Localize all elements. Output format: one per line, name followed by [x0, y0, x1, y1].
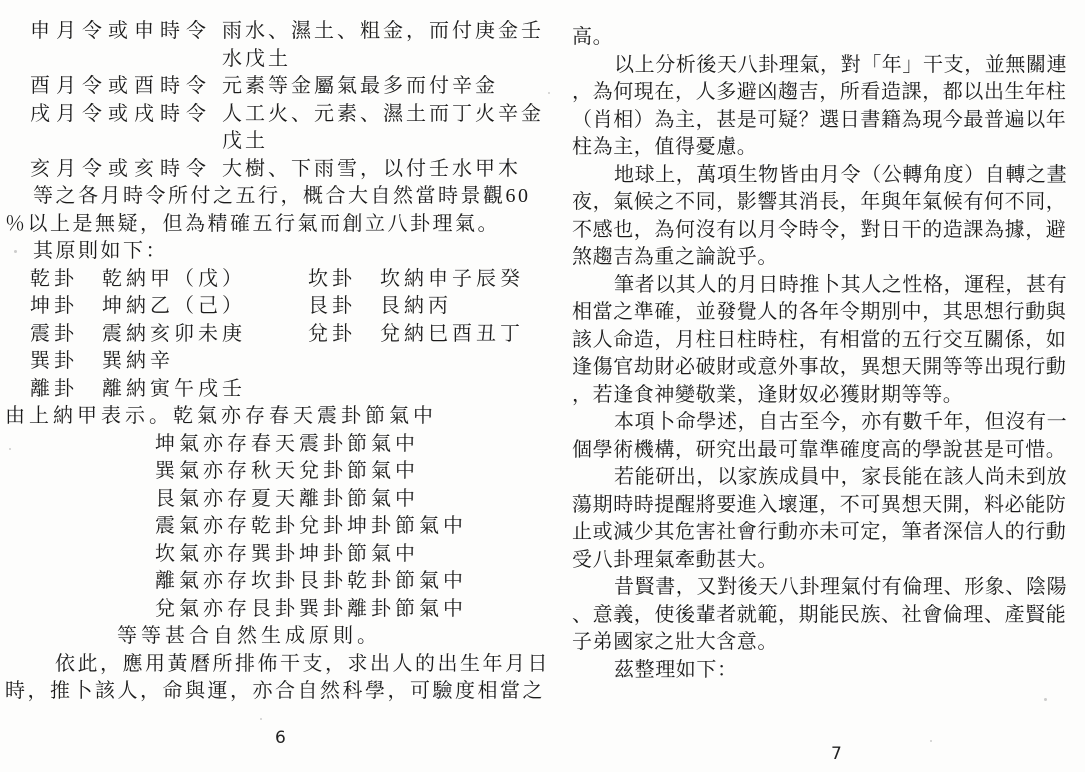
month-label — [30, 46, 222, 74]
text-line: 止或減少其危害社會行動亦未可定，筆者深信人的行動 — [572, 519, 1067, 547]
text-line: 依此，應用黃曆所排佈干支，求出人的出生年月日 — [5, 651, 545, 679]
text-line: 等之各月時令所付之五行，概合大自然當時景觀60 — [5, 183, 545, 211]
text-line: 茲整理如下： — [572, 657, 1067, 685]
trigram-najia-table: 乾卦 乾納甲（戊） 坎卦 坎納申子辰癸 坤卦 坤納乙（己） 艮卦 艮納丙 震卦 … — [5, 266, 545, 404]
text-line: 個學術機構，研究出最可靠準確度高的學說甚是可惜。 — [572, 437, 1067, 465]
page-number-left: 6 — [275, 728, 286, 748]
text-line: 煞趨吉為重之論說乎。 — [572, 244, 1067, 272]
text-line: 不感也，為何沒有以月令時令，對日干的造課為據，避 — [572, 217, 1067, 245]
text-line: 受八卦理氣牽動甚大。 — [572, 547, 1067, 575]
text-line: 子弟國家之壯大含意。 — [572, 629, 1067, 657]
text-line: ％以上是無疑，但為精確五行氣而創立八卦理氣。 — [5, 211, 545, 239]
scan-speck — [1044, 698, 1047, 701]
page-number-right: 7 — [831, 744, 842, 764]
trigram-cell: 兌卦 兌納巳酉丑丁 — [308, 321, 524, 349]
text-line: 逢傷官劫財必破財或意外事故，異想天開等等出現行動 — [572, 354, 1067, 382]
trigram-row: 乾卦 乾納甲（戊） 坎卦 坎納申子辰癸 — [5, 266, 545, 294]
month-value: 人工火、元素、濕土而丁火辛金 — [222, 101, 544, 129]
text-line: 坎氣亦存巽卦坤卦節氣中 — [5, 541, 545, 569]
text-line: 由上納甲表示。乾氣亦存春天震卦節氣中 — [5, 403, 545, 431]
trigram-row: 震卦 震納亥卯未庚 兌卦 兌納巳酉丑丁 — [5, 321, 545, 349]
text-line: 該人命造，月柱日柱時柱，有相當的五行交互關係，如 — [572, 327, 1067, 355]
text-line: 兌氣亦存艮卦巽卦離卦節氣中 — [5, 596, 545, 624]
month-value: 雨水、濕土、粗金，而付庚金壬 — [222, 18, 544, 46]
page-left: 申月令或申時令 雨水、濕土、粗金，而付庚金壬 水戊土 酉月令或酉時令 元素等金屬… — [5, 18, 545, 706]
trigram-cell: 離卦 離納寅午戌壬 — [30, 376, 308, 404]
month-table-row: 戌月令或戌時令 人工火、元素、濕土而丁火辛金 — [5, 101, 545, 129]
month-value: 水戊土 — [222, 46, 291, 74]
text-line: ，若逢食神變敬業，逢財奴必獲財期等等。 — [572, 382, 1067, 410]
text-line: （肖相）為主，甚是可疑？選日書籍為現今最普遍以年 — [572, 107, 1067, 135]
month-label: 申月令或申時令 — [30, 18, 222, 46]
month-value: 大樹、下雨雪，以付壬水甲木 — [222, 156, 521, 184]
scan-speck — [548, 92, 550, 94]
text-line: 坤氣亦存春天震卦節氣中 — [5, 431, 545, 459]
text-line: 高。 — [572, 24, 1067, 52]
trigram-cell: 巽卦 巽納辛 — [30, 348, 308, 376]
text-line: 柱為主，值得憂慮。 — [572, 134, 1067, 162]
month-label: 戌月令或戌時令 — [30, 101, 222, 129]
text-line: 其原則如下： — [5, 238, 545, 266]
text-line: 地球上，萬項生物皆由月令（公轉角度）自轉之晝 — [572, 162, 1067, 190]
text-line: 昔賢書，又對後天八卦理氣付有倫理、形象、陰陽 — [572, 574, 1067, 602]
trigram-cell: 艮卦 艮納丙 — [308, 293, 452, 321]
month-label: 酉月令或酉時令 — [30, 73, 222, 101]
text-line: 筆者以其人的月日時推卜其人之性格，運程，甚有 — [572, 272, 1067, 300]
text-line: 等等甚合自然生成原則。 — [5, 623, 545, 651]
text-line: 若能研出，以家族成員中，家長能在該人尚未到放 — [572, 464, 1067, 492]
text-line: 震氣亦存乾卦兌卦坤卦節氣中 — [5, 513, 545, 541]
text-line: 、意義，使後輩者就範，期能民族、社會倫理、產賢能 — [572, 602, 1067, 630]
text-line: 相當之準確，並發覺人的各年令期別中，其思想行動與 — [572, 299, 1067, 327]
text-line: ，為何現在，人多避凶趨吉，所看造課，都以出生年柱 — [572, 79, 1067, 107]
month-value: 元素等金屬氣最多而付辛金 — [222, 73, 498, 101]
text-line: 艮氣亦存夏天離卦節氣中 — [5, 486, 545, 514]
trigram-cell: 坤卦 坤納乙（己） — [30, 293, 308, 321]
page-right: 高。 以上分析後天八卦理氣，對「年」干支，並無關連 ，為何現在，人多避凶趨吉，所… — [572, 24, 1067, 684]
text-line: 巽氣亦存秋天兌卦節氣中 — [5, 458, 545, 486]
scan-speck — [9, 448, 11, 450]
month-table-row: 酉月令或酉時令 元素等金屬氣最多而付辛金 — [5, 73, 545, 101]
month-label — [30, 128, 222, 156]
closing-paragraph-left: 依此，應用黃曆所排佈干支，求出人的出生年月日 時，推卜該人，命與運，亦合自然科學… — [5, 651, 545, 706]
scan-speck — [260, 718, 262, 720]
five-elements-paragraph: 等之各月時令所付之五行，概合大自然當時景觀60 ％以上是無疑，但為精確五行氣而創… — [5, 183, 545, 266]
trigram-row: 坤卦 坤納乙（己） 艮卦 艮納丙 — [5, 293, 545, 321]
month-table-row: 亥月令或亥時令 大樹、下雨雪，以付壬水甲木 — [5, 156, 545, 184]
month-table-row: 申月令或申時令 雨水、濕土、粗金，而付庚金壬 — [5, 18, 545, 46]
trigram-cell: 震卦 震納亥卯未庚 — [30, 321, 308, 349]
text-line: 以上分析後天八卦理氣，對「年」干支，並無關連 — [572, 52, 1067, 80]
trigram-row: 離卦 離納寅午戌壬 — [5, 376, 545, 404]
month-table-row: 水戊土 — [5, 46, 545, 74]
month-command-table: 申月令或申時令 雨水、濕土、粗金，而付庚金壬 水戊土 酉月令或酉時令 元素等金屬… — [5, 18, 545, 183]
month-label: 亥月令或亥時令 — [30, 156, 222, 184]
text-line: 時，推卜該人，命與運，亦合自然科學，可驗度相當之 — [5, 678, 545, 706]
text-line: 離氣亦存坎卦艮卦乾卦節氣中 — [5, 568, 545, 596]
scan-speck — [930, 740, 932, 742]
trigram-row: 巽卦 巽納辛 — [5, 348, 545, 376]
text-line: 蕩期時時提醒將要進入壞運，不可異想天開，料必能防 — [572, 492, 1067, 520]
month-value: 戊土 — [222, 128, 268, 156]
scanned-book-spread: 申月令或申時令 雨水、濕土、粗金，而付庚金壬 水戊土 酉月令或酉時令 元素等金屬… — [0, 0, 1085, 772]
text-line: 本項卜命學述，自古至今，亦有數千年，但沒有一 — [572, 409, 1067, 437]
text-line: 夜，氣候之不同，影響其消長，年與年氣候有何不同， — [572, 189, 1067, 217]
month-table-row: 戊土 — [5, 128, 545, 156]
qi-seasons-block: 由上納甲表示。乾氣亦存春天震卦節氣中 坤氣亦存春天震卦節氣中 巽氣亦存秋天兌卦節… — [5, 403, 545, 651]
trigram-cell: 坎卦 坎納申子辰癸 — [308, 266, 524, 294]
scan-speck — [14, 250, 17, 253]
trigram-cell: 乾卦 乾納甲（戊） — [30, 266, 308, 294]
